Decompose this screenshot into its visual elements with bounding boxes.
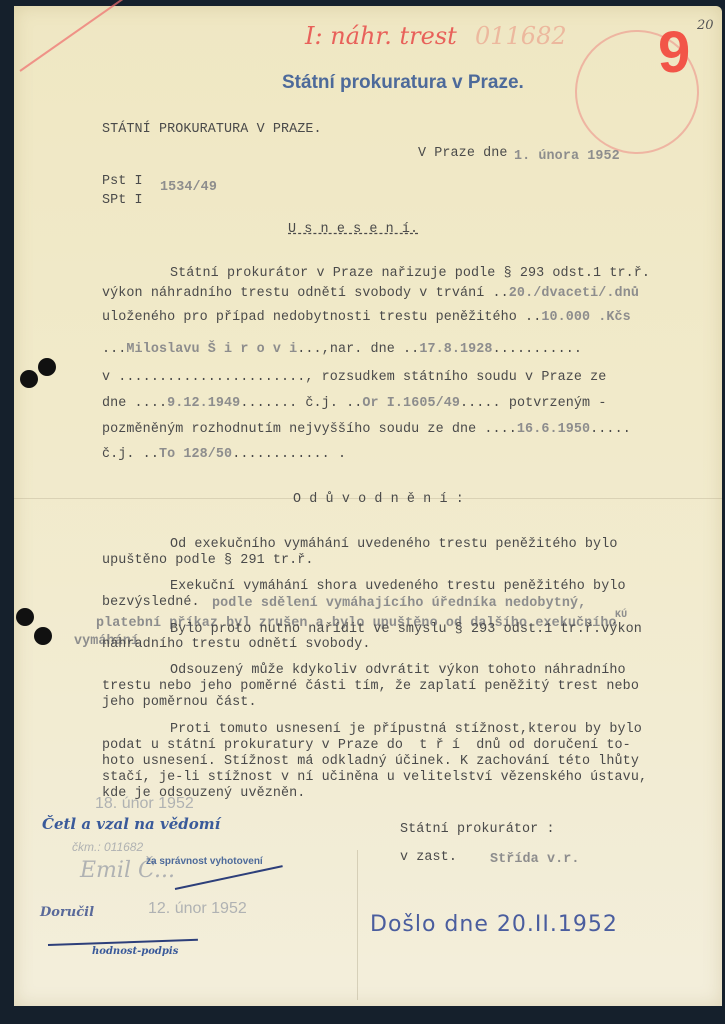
- body-text: č.j. ..: [102, 447, 159, 462]
- body-line: dne ....9.12.1949....... č.j. ..Or I.160…: [102, 396, 606, 411]
- filled-birth-date: 17.8.1928: [419, 342, 492, 357]
- overtyped-text: KÚ: [615, 610, 627, 621]
- reasoning-line: Exekuční vymáhání shora uvedeného trestu…: [170, 579, 626, 594]
- reasoning-line: bezvýsledné.: [102, 595, 200, 610]
- page-number: 9: [658, 24, 690, 82]
- received-handwritten: Došlo dne 20.II.1952: [370, 912, 618, 937]
- ref2-label: SPt I: [102, 193, 143, 208]
- filled-case-ref: Or I.1605/49: [362, 396, 460, 411]
- reasoning-line: hoto usnesení. Stížnost má odkladný účin…: [102, 754, 639, 769]
- ref1-value: 1534/49: [160, 180, 217, 195]
- reasoning-line: Bylo proto nutno nařídit ve smyslu § 293…: [170, 622, 642, 637]
- fold-line-vertical: [357, 850, 358, 1000]
- body-text: ....... č.j. ..: [240, 396, 362, 411]
- delivered-label: Doručil: [40, 905, 94, 920]
- body-text: ...,nar. dne ..: [297, 342, 419, 357]
- office-stamp: Státní prokuratura v Praze.: [282, 72, 524, 94]
- body-text: výkon náhradního trestu odnětí svobody v…: [102, 286, 509, 301]
- received-date-stamp: 18. únor 1952: [95, 795, 194, 813]
- place-date-label: V Praze dne: [418, 146, 508, 161]
- reasoning-line: upuštěno podle § 291 tr.ř.: [102, 553, 314, 568]
- body-text: ...: [102, 342, 126, 357]
- body-line: výkon náhradního trestu odnětí svobody v…: [102, 286, 639, 301]
- punch-hole: [34, 627, 52, 645]
- office-name: STÁTNÍ PROKURATURA V PRAZE.: [102, 122, 322, 137]
- signature-on-behalf: v zast.: [400, 850, 457, 865]
- body-line: v ......................., rozsudkem stá…: [102, 370, 606, 385]
- body-text: dne ....: [102, 396, 167, 411]
- body-text: ............ .: [232, 447, 346, 462]
- body-text: ...........: [493, 342, 583, 357]
- body-text: pozměněným rozhodnutím nejvyššího soudu …: [102, 422, 517, 437]
- punch-hole: [20, 370, 38, 388]
- case-number-stamp: čkm.: 011682: [72, 840, 143, 854]
- filled-verdict-date: 9.12.1949: [167, 396, 240, 411]
- ref1-label: Pst I: [102, 174, 143, 189]
- reasoning-line: podat u státní prokuratury v Praze do t …: [102, 738, 631, 753]
- reasoning-title: O d ů v o d n ě n í :: [293, 492, 464, 507]
- reasoning-line: stačí, je-li stížnost v ní učiněna u vel…: [102, 770, 647, 785]
- reasoning-line: Odsouzený může kdykoliv odvrátit výkon t…: [170, 663, 626, 678]
- handwritten-case-number: 011682: [475, 22, 567, 50]
- reasoning-line: Od exekučního vymáhání uvedeného trestu …: [170, 537, 617, 552]
- signature-name: Střída v.r.: [490, 852, 580, 867]
- document-title: U s n e s e n í.: [288, 222, 418, 237]
- filled-duration: 20./dvaceti/.dnů: [509, 286, 639, 301]
- reasoning-line: jeho poměrnou část.: [102, 695, 257, 710]
- handwritten-annotation: I: náhr. trest: [305, 22, 457, 50]
- body-line: Státní prokurátor v Praze nařizuje podle…: [170, 266, 650, 281]
- overtyped-text: podle sdělení vymáhajícího úředníka nedo…: [212, 596, 586, 611]
- reasoning-line: trestu nebo jeho poměrné části tím, že z…: [102, 679, 639, 694]
- correctness-stamp: za správnost vyhotovení: [146, 856, 263, 867]
- body-line: ...Miloslavu Š i r o v i...,nar. dne ..1…: [102, 342, 582, 357]
- body-line: pozměněným rozhodnutím nejvyššího soudu …: [102, 422, 631, 437]
- filled-name: Miloslavu Š i r o v i: [126, 342, 297, 357]
- filled-amount: 10.000 .Kčs: [541, 310, 631, 325]
- filled-supreme-ref: To 128/50: [159, 447, 232, 462]
- corner-number: 20: [697, 18, 714, 33]
- filled-supreme-date: 16.6.1950: [517, 422, 590, 437]
- punch-hole: [38, 358, 56, 376]
- rank-signature-label: hodnost-podpis: [92, 946, 178, 957]
- body-text: .....: [590, 422, 631, 437]
- body-text: ..... potvrzeným -: [460, 396, 606, 411]
- body-text: uloženého pro případ nedobytnosti trestu…: [102, 310, 541, 325]
- document-date: 1. února 1952: [514, 149, 620, 164]
- acknowledgement-stamp: Četl a vzal na vědomí: [42, 815, 220, 833]
- body-line: č.j. ..To 128/50............ .: [102, 447, 346, 462]
- signature-title: Státní prokurátor :: [400, 822, 555, 837]
- body-line: uloženého pro případ nedobytnosti trestu…: [102, 310, 631, 325]
- punch-hole: [16, 608, 34, 626]
- reasoning-line: náhradního trestu odnětí svobody.: [102, 637, 370, 652]
- reasoning-line: Proti tomuto usnesení je přípustná stížn…: [170, 722, 642, 737]
- delivered-date-stamp: 12. únor 1952: [148, 900, 247, 918]
